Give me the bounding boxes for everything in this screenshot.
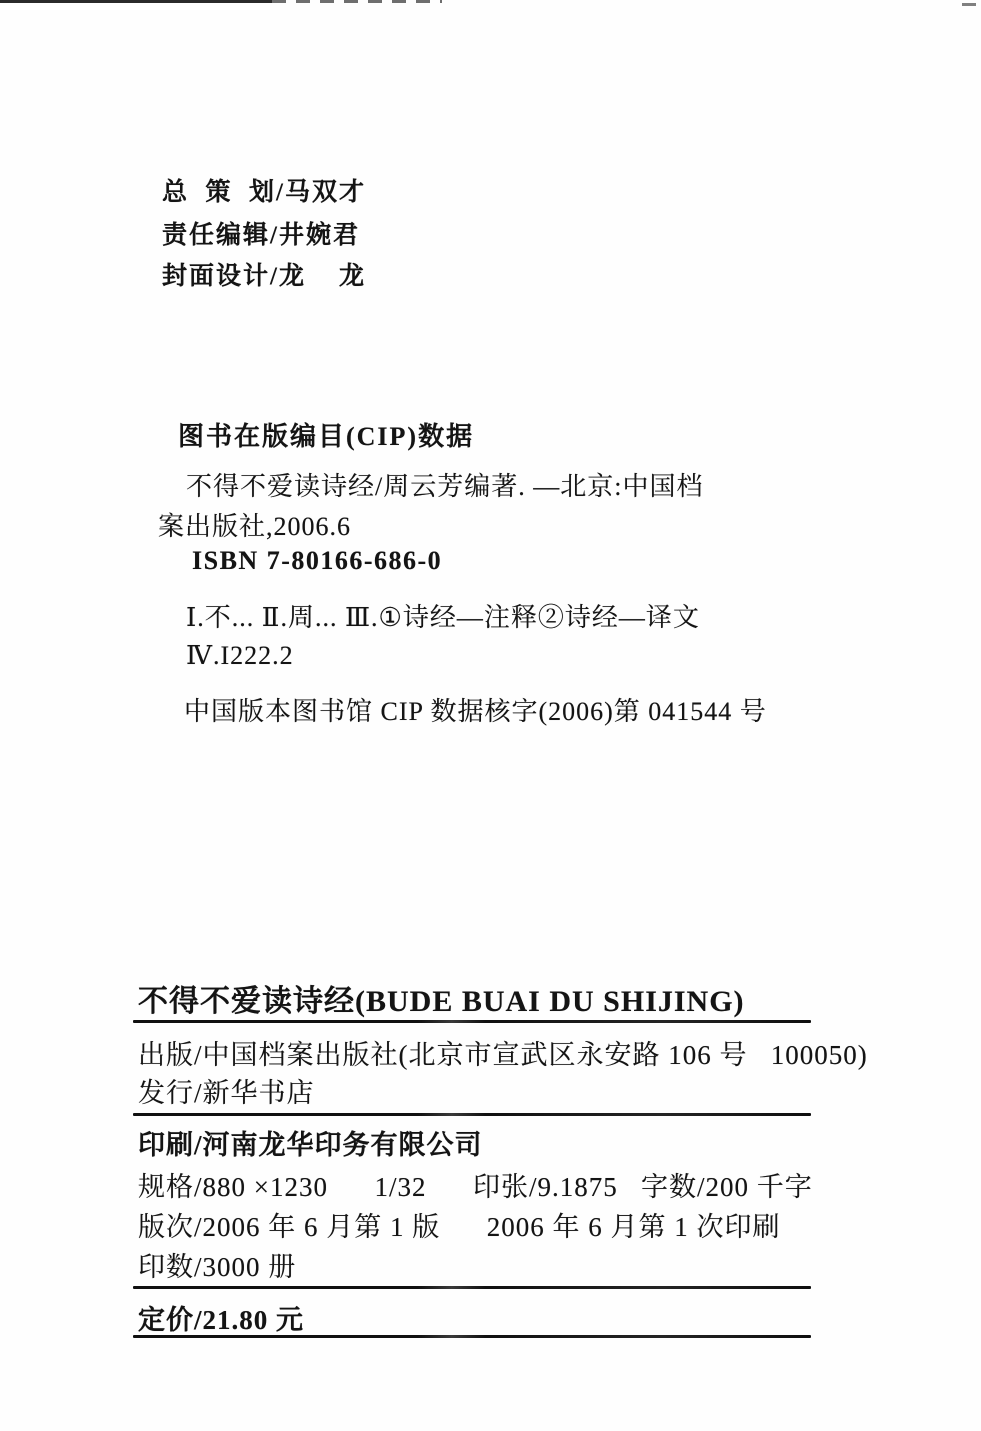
distributor-line: 发行/新华书店 <box>138 1071 315 1110</box>
price-line: 定价/21.80 元 <box>138 1298 304 1337</box>
credit-editor: 责任编辑/井婉君 <box>162 215 360 251</box>
cip-header: 图书在版编目(CIP)数据 <box>178 416 474 453</box>
divider <box>133 1020 811 1023</box>
scan-artifact-speck <box>962 3 976 6</box>
scan-artifact-dashes <box>272 0 442 3</box>
credit-producer: 总 策 划/马双才 <box>162 172 366 208</box>
copyright-page: 总 策 划/马双才 责任编辑/井婉君 封面设计/龙 龙 图书在版编目(CIP)数… <box>0 0 981 1431</box>
scan-artifact-line <box>0 0 272 3</box>
cip-class-number: Ⅳ.I222.2 <box>186 641 294 671</box>
cip-record-number: 中国版本图书馆 CIP 数据核字(2006)第 041544 号 <box>184 691 767 728</box>
credit-cover-design: 封面设计/龙 龙 <box>162 256 366 292</box>
divider <box>133 1113 811 1116</box>
publisher-line: 出版/中国档案出版社(北京市宣武区永安路 106 号 100050) <box>138 1033 868 1072</box>
cip-isbn: ISBN 7-80166-686-0 <box>192 546 442 576</box>
divider <box>133 1335 811 1338</box>
print-run-line: 印数/3000 册 <box>138 1245 296 1284</box>
edition-line: 版次/2006 年 6 月第 1 版 2006 年 6 月第 1 次印刷 <box>138 1205 781 1244</box>
cip-title-line-continued: 案出版社,2006.6 <box>158 506 351 543</box>
book-title: 不得不爱读诗经(BUDE BUAI DU SHIJING) <box>138 976 745 1020</box>
divider <box>133 1286 811 1289</box>
format-line: 规格/880 ×1230 1/32 印张/9.1875 字数/200 千字 <box>138 1165 813 1204</box>
cip-classification: Ⅰ.不... Ⅱ.周... Ⅲ.①诗经—注释②诗经—译文 <box>186 597 700 634</box>
cip-title-line: 不得不爱读诗经/周云芳编著. —北京:中国档 <box>186 466 703 503</box>
printer-line: 印刷/河南龙华印务有限公司 <box>138 1123 483 1162</box>
